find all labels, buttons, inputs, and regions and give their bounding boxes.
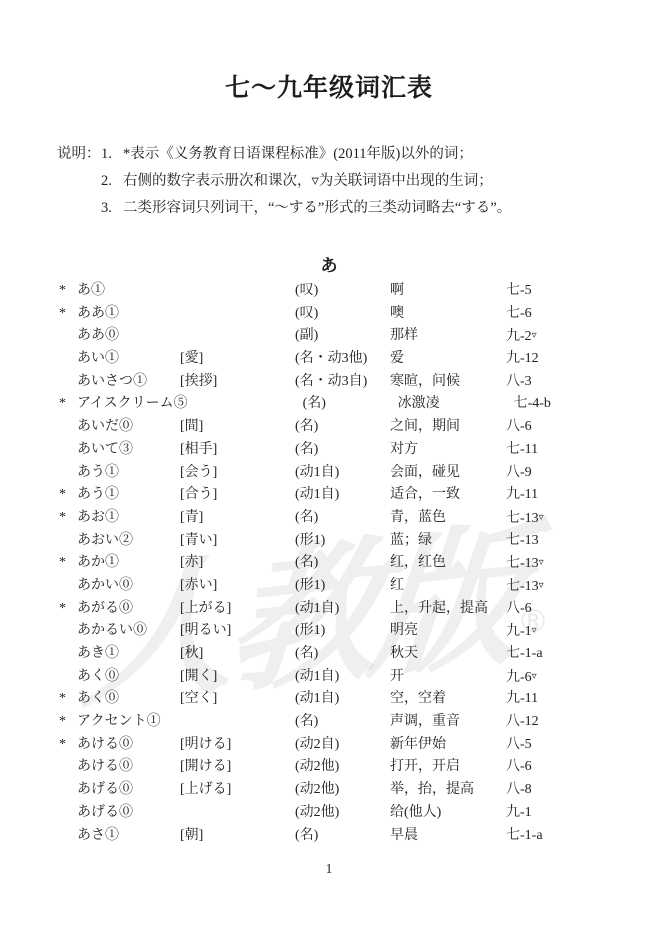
nonstandard-word-marker — [59, 643, 77, 666]
nonstandard-word-marker — [59, 416, 77, 439]
meaning: 举，抬，提高 — [390, 779, 506, 802]
lesson-reference: 九-12 — [506, 348, 619, 371]
part-of-speech: (动2他) — [295, 779, 390, 802]
meaning: 之间，期间 — [390, 416, 506, 439]
part-of-speech: (动1自) — [295, 666, 390, 689]
part-of-speech: (动1自) — [295, 484, 390, 507]
nonstandard-word-marker — [59, 575, 77, 598]
table-row: *あう①[合う](动1自)适合，一致九-11 — [59, 484, 619, 507]
word-kana: あう① — [77, 484, 180, 507]
word-kanji: [明るい] — [180, 620, 295, 643]
part-of-speech: (名) — [295, 825, 390, 848]
word-kana: あお① — [77, 507, 180, 530]
word-kana: あう① — [77, 462, 180, 485]
lesson-reference-base: 七-13 — [506, 511, 539, 526]
nonstandard-word-marker: * — [59, 598, 77, 621]
lesson-reference: 八-12 — [506, 711, 619, 734]
lesson-reference-base: 九-6 — [506, 670, 532, 685]
nonstandard-word-marker — [59, 371, 77, 394]
word-kana: あき① — [77, 643, 180, 666]
word-kana: あげる⓪ — [77, 802, 180, 825]
table-row: *あ①(叹)啊七-5 — [59, 280, 619, 303]
related-word-marker: ▿ — [539, 512, 544, 523]
section-header-a: あ — [0, 251, 658, 276]
lesson-reference: 九-2▿ — [506, 325, 619, 348]
nonstandard-word-marker: * — [59, 507, 77, 530]
word-kanji — [180, 303, 295, 326]
nonstandard-word-marker — [59, 666, 77, 689]
part-of-speech: (形1) — [295, 620, 390, 643]
lesson-reference: 九-11 — [506, 484, 619, 507]
nonstandard-word-marker: * — [59, 484, 77, 507]
part-of-speech: (动1自) — [295, 598, 390, 621]
table-row: あく⓪[開く](动1自)开九-6▿ — [59, 666, 619, 689]
meaning: 开 — [390, 666, 506, 689]
part-of-speech: (名) — [295, 507, 390, 530]
meaning: 红 — [390, 575, 506, 598]
note-text: 右侧的数字表示册次和课次，▿为关联词语中出现的生词； — [123, 168, 493, 195]
meaning: 爱 — [390, 348, 506, 371]
nonstandard-word-marker — [59, 620, 77, 643]
word-kanji: [上がる] — [180, 598, 295, 621]
note-number: 1. — [101, 141, 123, 168]
nonstandard-word-marker — [59, 530, 77, 553]
table-row: あう①[会う](动1自)会面，碰见八-9 — [59, 462, 619, 485]
note-number: 2. — [101, 168, 123, 195]
meaning: 上，升起，提高 — [390, 598, 506, 621]
meaning: 早晨 — [390, 825, 506, 848]
word-kana: あく⓪ — [77, 688, 180, 711]
part-of-speech: (动1自) — [295, 688, 390, 711]
part-of-speech: (名) — [295, 643, 390, 666]
word-kanji: [青] — [180, 507, 295, 530]
part-of-speech: (动2他) — [295, 802, 390, 825]
meaning: 冰激凌 — [398, 393, 514, 416]
part-of-speech: (动1自) — [295, 462, 390, 485]
nonstandard-word-marker — [59, 439, 77, 462]
meaning: 打开，开启 — [390, 756, 506, 779]
word-kana: あいて③ — [77, 439, 180, 462]
part-of-speech: (名・动3自) — [295, 371, 390, 394]
word-kana: あいだ⓪ — [77, 416, 180, 439]
part-of-speech: (名) — [295, 439, 390, 462]
part-of-speech: (形1) — [295, 530, 390, 553]
lesson-reference: 九-1 — [506, 802, 619, 825]
part-of-speech: (动2他) — [295, 756, 390, 779]
related-word-marker: ▿ — [532, 625, 537, 636]
nonstandard-word-marker — [59, 802, 77, 825]
meaning: 青，蓝色 — [390, 507, 506, 530]
word-kana: あか① — [77, 552, 180, 575]
nonstandard-word-marker — [59, 348, 77, 371]
word-kanji: [空く] — [180, 688, 295, 711]
word-kanji — [180, 802, 295, 825]
word-kanji: [会う] — [180, 462, 295, 485]
word-kana: あいさつ① — [77, 371, 180, 394]
nonstandard-word-marker — [59, 779, 77, 802]
meaning: 对方 — [390, 439, 506, 462]
word-kanji: [間] — [180, 416, 295, 439]
lesson-reference-base: 九-2 — [506, 329, 532, 344]
table-row: *あお①[青](名)青，蓝色七-13▿ — [59, 507, 619, 530]
lesson-reference: 八-6 — [506, 598, 619, 621]
part-of-speech: (副) — [295, 325, 390, 348]
word-kana: アイスクリーム⑤ — [77, 393, 188, 416]
nonstandard-word-marker: * — [59, 711, 77, 734]
nonstandard-word-marker — [59, 756, 77, 779]
table-row: *あがる⓪[上がる](动1自)上，升起，提高八-6 — [59, 598, 619, 621]
word-kanji: [開ける] — [180, 756, 295, 779]
word-kanji: [相手] — [180, 439, 295, 462]
part-of-speech: (名) — [295, 552, 390, 575]
lesson-reference: 八-5 — [506, 734, 619, 757]
part-of-speech: (形1) — [295, 575, 390, 598]
nonstandard-word-marker: * — [59, 393, 77, 416]
part-of-speech: (名・动3他) — [295, 348, 390, 371]
note-line: 说明：1.*表示《义务教育日语课程标准》(2011年版)以外的词； — [57, 141, 511, 168]
table-row: あかるい⓪[明るい](形1)明亮九-1▿ — [59, 620, 619, 643]
part-of-speech: (叹) — [295, 303, 390, 326]
lesson-reference: 七-1-a — [506, 643, 619, 666]
nonstandard-word-marker: * — [59, 552, 77, 575]
meaning: 噢 — [390, 303, 506, 326]
nonstandard-word-marker: * — [59, 280, 77, 303]
note-label: 说明： — [57, 141, 101, 168]
note-line: 说明：3.二类形容词只列词干，“～する”形式的三类动词略去“する”。 — [57, 195, 511, 222]
word-kana: あかるい⓪ — [77, 620, 180, 643]
lesson-reference: 七-13▿ — [506, 575, 619, 598]
word-kana: あ① — [77, 280, 180, 303]
document-page: 七～九年级词汇表 说明：1.*表示《义务教育日语课程标准》(2011年版)以外的… — [0, 0, 658, 926]
lesson-reference: 八-6 — [506, 416, 619, 439]
meaning: 秋天 — [390, 643, 506, 666]
word-kanji — [180, 711, 295, 734]
lesson-reference: 七-1-a — [506, 825, 619, 848]
note-text: 二类形容词只列词干，“～する”形式的三类动词略去“する”。 — [123, 195, 511, 222]
lesson-reference: 七-13 — [506, 530, 619, 553]
word-kana: あける⓪ — [77, 734, 180, 757]
nonstandard-word-marker — [59, 825, 77, 848]
meaning: 适合，一致 — [390, 484, 506, 507]
lesson-reference: 七-5 — [506, 280, 619, 303]
meaning: 新年伊始 — [390, 734, 506, 757]
table-row: *アイスクリーム⑤(名)冰激凌七-4-b — [59, 393, 619, 416]
word-kana: あおい② — [77, 530, 180, 553]
note-number: 3. — [101, 195, 123, 222]
meaning: 声调，重音 — [390, 711, 506, 734]
word-kanji: [開く] — [180, 666, 295, 689]
meaning: 啊 — [390, 280, 506, 303]
nonstandard-word-marker: * — [59, 688, 77, 711]
table-row: *あか①[赤](名)红，红色七-13▿ — [59, 552, 619, 575]
part-of-speech: (动2自) — [295, 734, 390, 757]
lesson-reference: 七-11 — [506, 439, 619, 462]
word-kana: あい① — [77, 348, 180, 371]
word-kanji: [明ける] — [180, 734, 295, 757]
table-row: あげる⓪(动2他)给(他人)九-1 — [59, 802, 619, 825]
word-kanji: [秋] — [180, 643, 295, 666]
table-row: *あく⓪[空く](动1自)空，空着九-11 — [59, 688, 619, 711]
meaning: 给(他人) — [390, 802, 506, 825]
word-kana: あがる⓪ — [77, 598, 180, 621]
word-kana: あく⓪ — [77, 666, 180, 689]
word-kanji: [挨拶] — [180, 371, 295, 394]
table-row: あける⓪[開ける](动2他)打开，开启八-6 — [59, 756, 619, 779]
lesson-reference: 九-6▿ — [506, 666, 619, 689]
nonstandard-word-marker — [59, 325, 77, 348]
word-kanji: [合う] — [180, 484, 295, 507]
word-kanji: [青い] — [180, 530, 295, 553]
table-row: あおい②[青い](形1)蓝；绿七-13 — [59, 530, 619, 553]
meaning: 那样 — [390, 325, 506, 348]
lesson-reference: 八-8 — [506, 779, 619, 802]
related-word-marker: ▿ — [539, 557, 544, 568]
word-kana: ああ⓪ — [77, 325, 180, 348]
related-word-marker: ▿ — [539, 580, 544, 591]
word-kanji: [上げる] — [180, 779, 295, 802]
word-kanji — [180, 280, 295, 303]
lesson-reference: 八-6 — [506, 756, 619, 779]
page-title: 七～九年级词汇表 — [0, 68, 658, 104]
table-row: あいて③[相手](名)对方七-11 — [59, 439, 619, 462]
word-kana: あかい⓪ — [77, 575, 180, 598]
table-row: あき①[秋](名)秋天七-1-a — [59, 643, 619, 666]
table-row: あさ①[朝](名)早晨七-1-a — [59, 825, 619, 848]
lesson-reference-base: 九-1 — [506, 624, 532, 639]
word-kana: あさ① — [77, 825, 180, 848]
lesson-reference: 七-4-b — [514, 393, 619, 416]
part-of-speech: (名) — [295, 711, 390, 734]
lesson-reference: 七-13▿ — [506, 507, 619, 530]
word-kanji: [朝] — [180, 825, 295, 848]
related-word-marker: ▿ — [532, 330, 537, 341]
related-word-marker: ▿ — [532, 671, 537, 682]
table-row: *アクセント①(名)声调，重音八-12 — [59, 711, 619, 734]
note-line: 说明：2.右侧的数字表示册次和课次，▿为关联词语中出现的生词； — [57, 168, 511, 195]
table-row: *ああ①(叹)噢七-6 — [59, 303, 619, 326]
meaning: 红，红色 — [390, 552, 506, 575]
nonstandard-word-marker: * — [59, 303, 77, 326]
part-of-speech: (名) — [295, 416, 390, 439]
lesson-reference: 九-11 — [506, 688, 619, 711]
word-kana: あける⓪ — [77, 756, 180, 779]
word-kanji — [180, 325, 295, 348]
table-row: あいさつ①[挨拶](名・动3自)寒暄，问候八-3 — [59, 371, 619, 394]
lesson-reference: 七-6 — [506, 303, 619, 326]
lesson-reference-base: 七-13 — [506, 556, 539, 571]
word-kanji: [愛] — [180, 348, 295, 371]
part-of-speech: (名) — [303, 393, 398, 416]
meaning: 空，空着 — [390, 688, 506, 711]
word-kana: あげる⓪ — [77, 779, 180, 802]
lesson-reference: 七-13▿ — [506, 552, 619, 575]
lesson-reference-base: 七-13 — [506, 579, 539, 594]
word-kanji — [188, 393, 303, 416]
table-row: *あける⓪[明ける](动2自)新年伊始八-5 — [59, 734, 619, 757]
table-row: あいだ⓪[間](名)之间，期间八-6 — [59, 416, 619, 439]
page-number: 1 — [0, 861, 658, 877]
meaning: 会面，碰见 — [390, 462, 506, 485]
table-row: あげる⓪[上げる](动2他)举，抬，提高八-8 — [59, 779, 619, 802]
lesson-reference: 八-3 — [506, 371, 619, 394]
notes: 说明：1.*表示《义务教育日语课程标准》(2011年版)以外的词；说明：2.右侧… — [57, 141, 511, 222]
word-kana: ああ① — [77, 303, 180, 326]
table-row: あい①[愛](名・动3他)爱九-12 — [59, 348, 619, 371]
table-row: ああ⓪(副)那样九-2▿ — [59, 325, 619, 348]
vocab-table: *あ①(叹)啊七-5*ああ①(叹)噢七-6ああ⓪(副)那样九-2▿あい①[愛](… — [59, 280, 619, 847]
meaning: 寒暄，问候 — [390, 371, 506, 394]
word-kanji: [赤い] — [180, 575, 295, 598]
meaning: 明亮 — [390, 620, 506, 643]
table-row: あかい⓪[赤い](形1)红七-13▿ — [59, 575, 619, 598]
part-of-speech: (叹) — [295, 280, 390, 303]
word-kanji: [赤] — [180, 552, 295, 575]
note-text: *表示《义务教育日语课程标准》(2011年版)以外的词； — [123, 141, 473, 168]
lesson-reference: 八-9 — [506, 462, 619, 485]
lesson-reference: 九-1▿ — [506, 620, 619, 643]
meaning: 蓝；绿 — [390, 530, 506, 553]
nonstandard-word-marker: * — [59, 734, 77, 757]
word-kana: アクセント① — [77, 711, 180, 734]
nonstandard-word-marker — [59, 462, 77, 485]
